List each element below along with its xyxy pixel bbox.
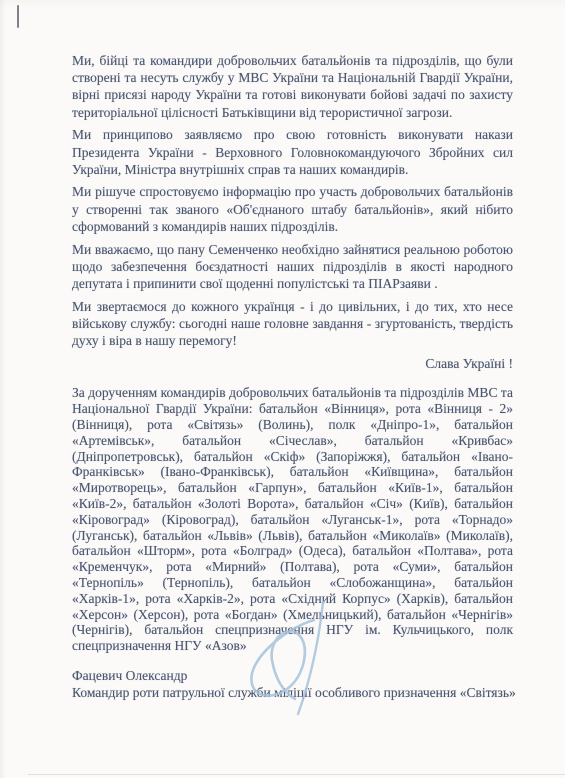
paragraph-battalion-list: За дорученням командирів добровольчих ба… (72, 385, 513, 654)
paragraph-denial: Ми рішуче спростовуємо інформацію про уч… (72, 183, 513, 235)
paragraph-oath: Ми, бійці та командири добровольчих бата… (72, 52, 513, 121)
signature-block: Фацевич Олександр Командир роти патрульн… (72, 667, 513, 701)
paragraph-semenchenko: Ми вважаємо, що пану Семенченко необхідн… (72, 241, 513, 293)
salute-line: Слава Україні ! (72, 355, 513, 372)
scan-artifact-mark (17, 5, 19, 28)
scanned-letter-page: Ми, бійці та командири добровольчих бата… (0, 0, 565, 778)
signatory-name: Фацевич Олександр (72, 667, 513, 684)
scan-edge-line (28, 774, 565, 775)
paragraph-appeal: Ми звертаємося до кожного українця - і д… (72, 298, 513, 350)
letter-body: Ми, бійці та командири добровольчих бата… (72, 52, 513, 701)
signatory-title: Командир роти патрульної служби міліції … (72, 684, 513, 701)
paragraph-orders: Ми принципово заявляємо про свою готовні… (72, 126, 513, 178)
